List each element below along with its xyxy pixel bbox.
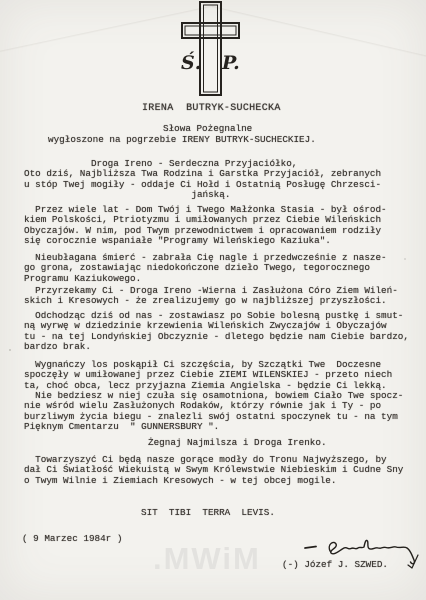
archive-watermark: .MWiM	[153, 541, 261, 577]
sp-left-letter: Ś.	[181, 51, 201, 74]
eulogy-paragraph-3: Nieubłagana śmierć - zabrała Cię nagle i…	[24, 253, 387, 284]
latin-epitaph: SIT TIBI TERRA LEVIS.	[141, 508, 275, 518]
eulogy-paragraph-5: Odchodząc dziś od nas - zostawiasz po So…	[24, 311, 409, 352]
memorial-cross: Ś. P.	[168, 1, 254, 105]
ink-speck	[404, 258, 406, 260]
deceased-name-title: IRENA BUTRYK-SUCHECKA	[142, 104, 281, 114]
eulogy-heading: Słowa Pożegnalne	[163, 124, 252, 134]
date-line: ( 9 Marzec 1984r )	[22, 534, 122, 544]
sp-right-letter: P.	[221, 52, 240, 74]
ink-speck	[9, 349, 11, 351]
eulogy-paragraph-1: Droga Ireno - Serdeczna Przyjaciółko, Ot…	[24, 159, 381, 200]
eulogy-subheading: wygłoszone na pogrzebie IRENY BUTRYK-SUC…	[48, 135, 316, 145]
eulogy-paragraph-7: Nie bedziesz w niej czuła się osamotnion…	[24, 391, 403, 432]
eulogy-paragraph-8: Towarzyszyć Ci będą nasze gorące modły d…	[24, 455, 403, 486]
eulogy-paragraph-2: Przez wiele lat - Dom Twój i Twego Małżo…	[24, 205, 387, 246]
signature-typed-name: (-) Józef J. SZWED.	[282, 560, 388, 570]
scanned-document-page: Ś. P. IRENA BUTRYK-SUCHECKA Słowa Pożegn…	[0, 0, 426, 600]
farewell-line: Żegnaj Najmilsza i Droga Irenko.	[148, 438, 327, 448]
eulogy-paragraph-4: Przyrzekamy Ci - Droga Ireno -Wierna i Z…	[24, 286, 398, 307]
eulogy-paragraph-6: Wygnańczy los poskąpił Ci szczęścia, by …	[24, 360, 392, 391]
